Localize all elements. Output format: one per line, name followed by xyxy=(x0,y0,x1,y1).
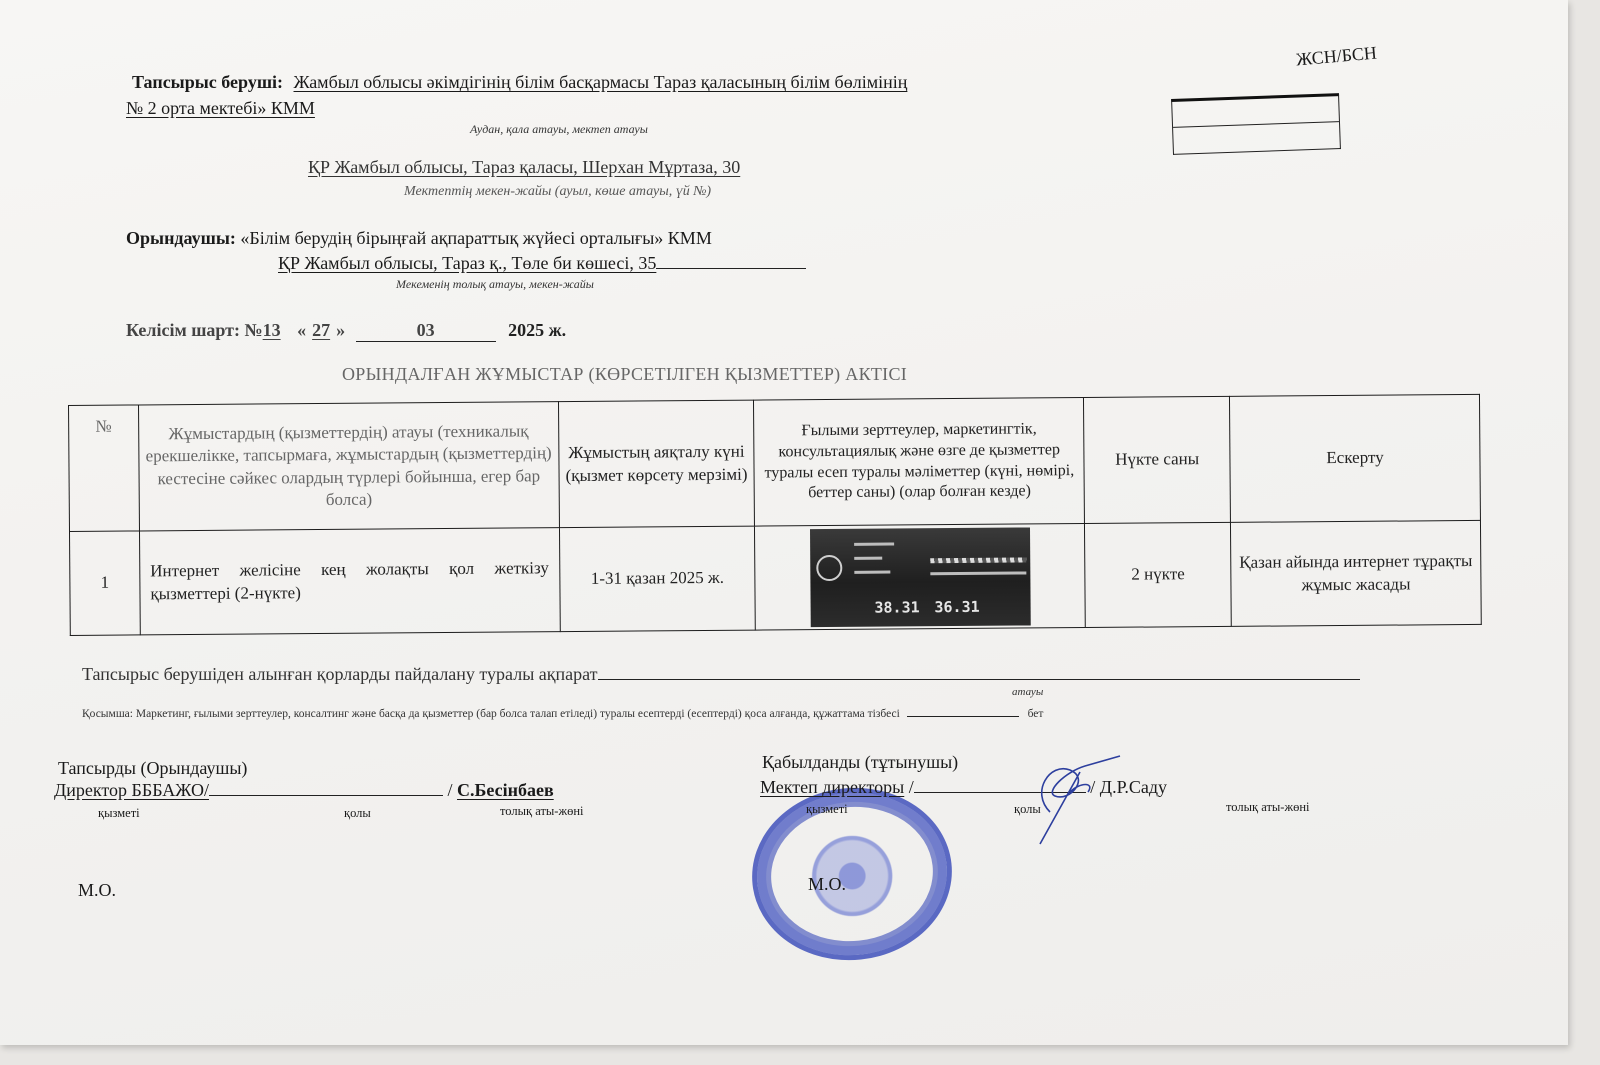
contract-day: 27 xyxy=(306,320,336,340)
customer-signature-title: Қабылданды (тұтынушы) xyxy=(762,752,958,773)
executor-address-fill-line xyxy=(656,268,806,269)
code-box xyxy=(1171,93,1341,155)
table-row: 1 Интернет желісіне кең жолақты қол жетк… xyxy=(69,520,1481,635)
resources-fill-line xyxy=(598,679,1360,680)
customer-label: Тапсырыс беруші: xyxy=(132,72,283,92)
row-num: 1 xyxy=(69,531,140,636)
executor-block: Орындаушы: «Білім берудің бірыңғай ақпар… xyxy=(126,228,712,249)
contract-row: Келісім шарт: №13 «27» 03 2025 ж. xyxy=(126,320,566,342)
row-note: Қазан айында интернет тұрақты жұмыс жаса… xyxy=(1231,520,1482,626)
thumb-line xyxy=(930,571,1026,575)
resources-row: Тапсырыс берушіден алынған қорларды пайд… xyxy=(82,664,1360,685)
customer-name-line2: № 2 орта мектебі» КММ xyxy=(126,98,315,119)
document-title: ОРЫНДАЛҒАН ЖҰМЫСТАР (КӨРСЕТІЛГЕН ҚЫЗМЕТТ… xyxy=(342,364,907,385)
row-service-name: Интернет желісіне кең жолақты қол жеткіз… xyxy=(139,528,559,635)
executor-sign-line xyxy=(209,795,443,796)
contract-number: 13 xyxy=(263,320,281,340)
executor-signer-name: С.Бесінбаев xyxy=(457,780,554,800)
header-points-count: Нүкте саны xyxy=(1084,396,1231,523)
header-completion-date: Жұмыстың аяқталу күні (қызмет көрсету ме… xyxy=(558,400,755,528)
speedtest-upload-value: 36.31 xyxy=(934,597,979,617)
speedtest-go-icon xyxy=(816,554,842,580)
executor-caption-sign: қолы xyxy=(344,806,371,821)
contract-month: 03 xyxy=(356,320,496,342)
executor-name-slash: / xyxy=(448,780,453,800)
contract-day-close: » xyxy=(336,320,345,340)
customer-name-line1: Жамбыл облысы әкімдігінің білім басқарма… xyxy=(294,72,908,92)
executor-position: Директор БББАЖО/ xyxy=(54,780,209,800)
executor-caption-position: қызметі xyxy=(98,806,140,821)
appendix-suffix: бет xyxy=(1028,708,1044,720)
acts-table: № Жұмыстардың (қызметтердің) атауы (техн… xyxy=(68,394,1482,636)
contract-label: Келісім шарт: № xyxy=(126,320,263,340)
executor-seal-mark: М.О. xyxy=(78,880,116,901)
document-page: ЖСН/БСН Тапсырыс беруші: Жамбыл облысы ә… xyxy=(0,0,1568,1045)
header-report-details: Ғылыми зерттеулер, маркетингтік, консуль… xyxy=(754,398,1085,527)
executor-caption-name: толық аты-жөні xyxy=(500,804,584,819)
resources-caption: атауы xyxy=(1012,686,1043,698)
customer-position-slash: / xyxy=(909,777,914,797)
executor-caption: Мекеменің толық атауы, мекен-жайы xyxy=(396,277,594,292)
customer-seal-mark: М.О. xyxy=(808,874,846,895)
official-stamp xyxy=(744,778,961,970)
customer-caption-position: қызметі xyxy=(806,802,848,817)
header-service-name: Жұмыстардың (қызметтердің) атауы (техник… xyxy=(138,402,559,531)
code-box-label: ЖСН/БСН xyxy=(1295,43,1377,71)
executor-signature-title: Тапсырды (Орындаушы) xyxy=(58,758,247,779)
executor-name: «Білім берудің бірыңғай ақпараттық жүйес… xyxy=(240,228,711,248)
header-num: № xyxy=(69,405,140,532)
customer-name-caption: Аудан, қала атауы, мектеп атауы xyxy=(470,122,648,137)
customer-address: ҚР Жамбыл облысы, Тараз қаласы, Шерхан М… xyxy=(308,157,740,178)
appendix-row: Қосымша: Маркетинг, ғылыми зерттеулер, к… xyxy=(82,708,1043,720)
handwritten-signature-icon xyxy=(1010,752,1130,848)
resources-text: Тапсырыс берушіден алынған қорларды пайд… xyxy=(82,664,598,684)
executor-address: ҚР Жамбыл облысы, Тараз қ., Төле би көше… xyxy=(278,253,656,273)
speedtest-download-value: 38.31 xyxy=(874,598,919,618)
customer-block: Тапсырыс беруші: Жамбыл облысы әкімдігін… xyxy=(132,72,907,93)
customer-position: Мектеп директоры xyxy=(760,777,904,797)
appendix-text: Қосымша: Маркетинг, ғылыми зерттеулер, к… xyxy=(82,708,900,720)
executor-address-row: ҚР Жамбыл облысы, Тараз қ., Төле би көше… xyxy=(278,253,806,274)
header-note: Ескерту xyxy=(1230,394,1481,522)
executor-label: Орындаушы: xyxy=(126,228,236,248)
thumb-line xyxy=(854,542,894,545)
appendix-fill-line xyxy=(907,716,1019,717)
table-header-row: № Жұмыстардың (қызметтердің) атауы (техн… xyxy=(69,394,1481,531)
row-points-count: 2 нүкте xyxy=(1085,522,1232,627)
contract-year: 2025 ж. xyxy=(508,320,566,340)
customer-caption-sign: қолы xyxy=(1014,802,1041,817)
executor-signature-row: Директор БББАЖО/ / С.Бесінбаев xyxy=(54,780,554,801)
row-report-image-cell: 38.31 36.31 xyxy=(755,524,1086,631)
customer-caption-name: толық аты-жөні xyxy=(1226,800,1310,815)
speedtest-screenshot-image: 38.31 36.31 xyxy=(810,527,1031,627)
thumb-line xyxy=(854,570,890,573)
row-completion-date: 1-31 қазан 2025 ж. xyxy=(559,526,756,632)
code-box-row xyxy=(1173,122,1340,154)
thumb-line xyxy=(854,556,882,559)
contract-day-open: « xyxy=(297,320,306,340)
thumb-graph xyxy=(930,557,1026,563)
customer-address-caption: Мектептің мекен-жайы (ауыл, көше атауы, … xyxy=(404,184,711,200)
